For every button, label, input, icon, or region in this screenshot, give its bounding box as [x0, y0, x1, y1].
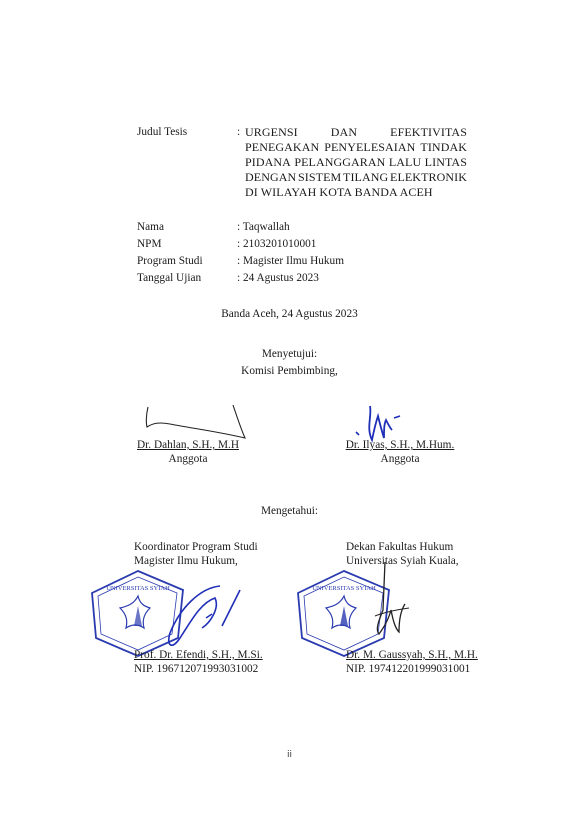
info-label-nama: Nama	[137, 221, 164, 233]
signature-ketua	[145, 403, 255, 443]
thesis-title-line-4: DENGAN SISTEM TILANG ELEKTRONIK	[245, 170, 467, 185]
thesis-title-line-3: PIDANA PELANGGARAN LALU LINTAS	[245, 155, 467, 170]
left-signer-name: Prof. Dr. Efendi, S.H., M.Si.	[134, 649, 263, 661]
signature-koordinator	[160, 578, 250, 658]
signature-anggota	[350, 402, 410, 444]
thesis-title-line-2: PENEGAKAN PENYELESAIAN TINDAK	[245, 140, 467, 155]
acknowledgement-heading: Mengetahui:	[0, 505, 579, 517]
info-label-program: Program Studi	[137, 255, 203, 267]
approval-committee: Komisi Pembimbing,	[0, 365, 579, 377]
signer-name-ketua: Dr. Dahlan, S.H., M.H	[118, 439, 258, 451]
place-date: Banda Aceh, 24 Agustus 2023	[0, 308, 579, 320]
thesis-title-line-5: DI WILAYAH KOTA BANDA ACEH	[245, 185, 433, 200]
right-signer-nip: NIP. 197412201999031001	[346, 663, 470, 675]
left-position-line1: Koordinator Program Studi	[134, 541, 258, 553]
signer-role-ketua: Anggota	[118, 453, 258, 465]
signature-dekan	[365, 560, 415, 650]
info-label-npm: NPM	[137, 238, 162, 250]
left-position-line2: Magister Ilmu Hukum,	[134, 555, 238, 567]
info-value-program: : Magister Ilmu Hukum	[237, 255, 344, 267]
info-label-tanggal: Tanggal Ujian	[137, 272, 201, 284]
signer-role-anggota: Anggota	[335, 453, 465, 465]
thesis-title-label: Judul Tesis	[137, 126, 187, 138]
info-value-npm: : 2103201010001	[237, 238, 316, 250]
page-number: ii	[0, 750, 579, 760]
right-signer-name: Dr. M. Gaussyah, S.H., M.H.	[346, 649, 478, 661]
approval-heading: Menyetujui:	[0, 348, 579, 360]
thesis-title-line-1: URGENSI DAN EFEKTIVITAS	[245, 125, 467, 140]
info-value-nama: : Taqwallah	[237, 221, 290, 233]
info-value-tanggal: : 24 Agustus 2023	[237, 272, 319, 284]
left-signer-nip: NIP. 196712071993031002	[134, 663, 258, 675]
thesis-title-colon: :	[237, 126, 240, 138]
right-position-line1: Dekan Fakultas Hukum	[346, 541, 453, 553]
signer-name-anggota: Dr. Ilyas, S.H., M.Hum.	[335, 439, 465, 451]
